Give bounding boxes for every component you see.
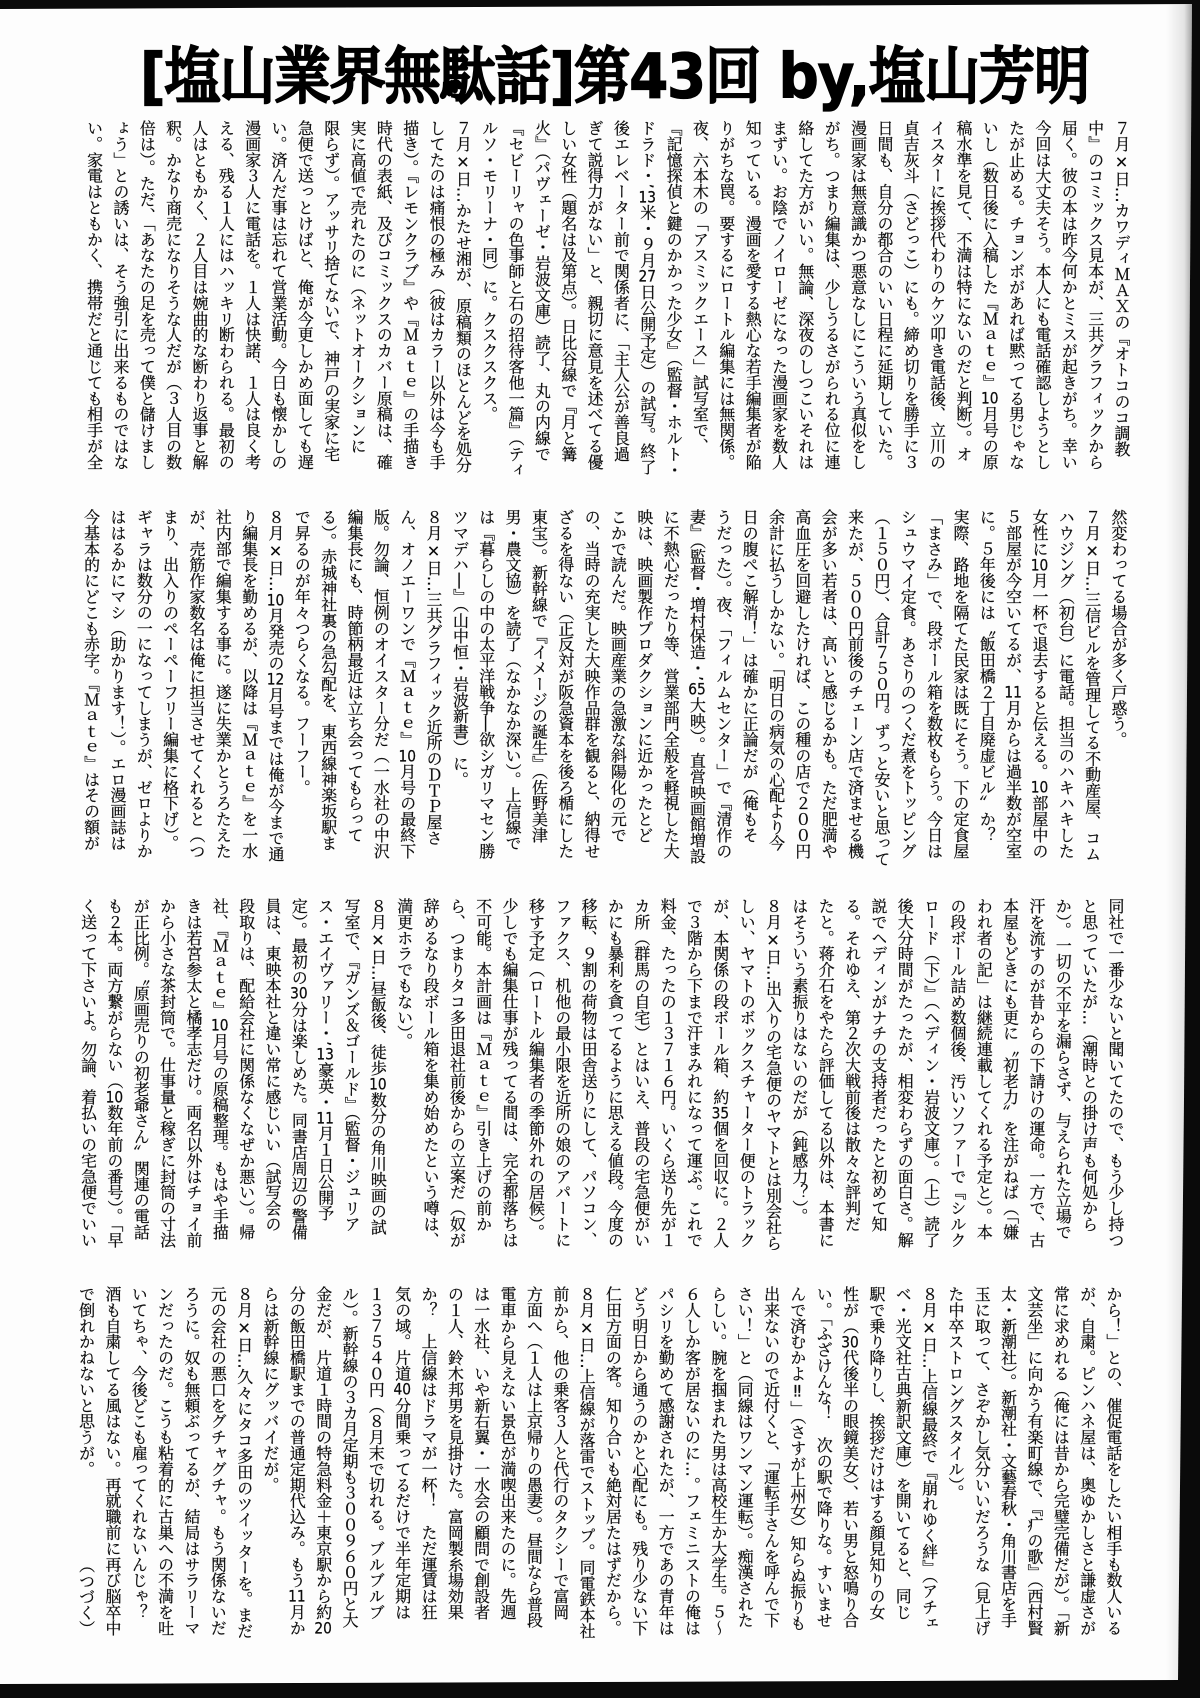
text-column: 倍は）。ただ、「あなたの足を売って僕と儲けまし [133,120,159,472]
text-column: ツマデハ―』（山中恒・岩波新書）に。 [446,509,472,861]
text-column: らは新幹線にグッバイだが。 [257,1286,283,1638]
tcy-number: 40 [393,1381,412,1397]
text-column: ８月×日…上信線が落雷でストップ。同電鉄本社 [573,1286,599,1638]
text-column: い。家電はともかく、携帯だと通じても相手が全 [80,120,106,472]
text-column: 同社で一番少ないと聞いてたので、もう少し持つ [1102,898,1128,1250]
text-column: 段取りは、配給会社に関係なくなぜか悪い）。帰 [232,898,258,1250]
text-column: しい女性（題名は及第点）。日比谷線で『月と篝 [554,120,580,472]
tcy-number: 10 [105,1089,124,1105]
text-column: 辞めるなり段ボール箱を集め始めたという噂は、 [417,898,443,1250]
text-column: ８月×日…出入りの宅急便のヤマトとは別会社ら [759,898,785,1250]
text-column: か）。一切の不平を漏らさず、与えられた立場で [1049,898,1075,1250]
tcy-number: 11 [287,1588,306,1604]
text-column: 元の会社の悪口をグチャグチャ。もう関係ないだ [204,1286,230,1638]
text-column: りがちな罠。要するにロートル編集には無関係。 [713,120,739,472]
text-column: 今基本的にどこも赤字。『Ｍａｔｅ』はその額が [77,509,103,861]
text-column: から！」との、催促電話をしたい相手も数人いる [1100,1286,1126,1638]
text-column: で昇るのが年々つらくなる。フーフー。 [288,509,314,861]
text-column: 時代の表紙、及びコミックスのカバー原稿は、確 [370,120,396,472]
text-column: 漫画家は無意識かつ悪意なしにこういう真似をし [844,120,870,472]
text-column: ８月×日…上信線最終で『崩れゆく絆』（アチェ [915,1286,941,1638]
text-column: 料金、たったの１３７１６円。いくら送り先が１ [654,898,680,1250]
text-column: 稿水準を見て、不満は特にないのだと判断）。オ [950,120,976,472]
text-column: ん、オノエーワンで『Ｍａｔｅ』10月号の最終下 [393,509,419,861]
text-column: ギャラは数分の一になってしまうが、ゼロよりか [130,509,156,861]
text-column: り編集長を勤めるが、以降は『Ｍａｔｅ』を一水 [235,509,261,861]
text-column: 漫画家３人に電話を。１人は快諾、１人は良く考 [238,120,264,472]
text-column: 人はともかく、２人目は婉曲的な断わり返事と解 [186,120,212,472]
text-column: 性が（30代後半の眼鏡美女）、若い男と怒鳴り合 [836,1286,862,1638]
magazine-page: [塩山業界無駄話]第43回 by,塩山芳明 ７月×日…カワディＭＡＸの『オトコの… [0,0,1200,1698]
text-column: ざるを得ない（正反対が阪急資本を後ろ楯にした [551,509,577,861]
text-column: 絡してた方がいい。無論、深夜のしつこいそれは [792,120,818,472]
tcy-number: 30 [289,985,308,1001]
text-column: 東宝）。新幹線で『イメージの誕生』（佐野美津 [525,509,551,861]
text-column: 高血圧を回避したければ、この種の店で２００円 [789,509,815,861]
text-column: 貞吉灰斗（さどっこ）にも。締め切りを勝手に３ [897,120,923,472]
tcy-number: 10 [266,592,285,608]
text-column: 移転、９割の荷物は田舎送りにして、パソコン、 [575,898,601,1250]
text-column: はそういう素振りはないのだが（鈍感力？）。 [786,898,812,1250]
text-column: シュウマイ定食。あさりのつくだ煮をトッピング [894,509,920,861]
text-column: パシリを勤めて感謝されたが、一方であの青年は [652,1286,678,1638]
text-column: に。５年後には〝飯田橋２丁目廃虚ビル〟か？ [973,509,999,861]
tcy-number: 30 [841,1334,860,1350]
text-column: 満更ホラでもない）。 [390,898,416,1250]
text-column: たと。蒋介石をやたら評価してる以外は、本書に [812,898,838,1250]
text-column: は『暮らしの中の太平洋戦争―欲シガリマセン勝 [472,509,498,861]
tcy-number: 12 [266,671,285,687]
text-column: 社内部で編集する事に。遂に失業かとうろたえた [209,509,235,861]
text-column: こかで読んだ。映画産業の急激な斜陽化の元で [604,509,630,861]
text-column: ６人しか客が居ないのに…。フェミニストの俺は [678,1286,704,1638]
text-tier-1: ７月×日…カワディＭＡＸの『オトコのコ調教 中』のコミックス見本が、三共グラフィ… [80,120,1134,472]
text-column: ８月×日…久々にタコ多田のツイッターを。まだ [230,1286,256,1638]
text-column: 後エレベーター前で関係者に、「主人公が善良過 [607,120,633,472]
text-tier-2: 然変わってる場合が多く戸惑う。 ７月×日…三信ビルを管理してる不動産屋、コム ハ… [77,509,1131,861]
text-column: 実際、路地を隔てた民家は既にそう。下の定食屋 [947,509,973,861]
text-column: ８月×日…昼飯後、徒歩10数分の角川映画の試 [364,898,390,1250]
text-column: 今回は大丈夫そう。本人にも電話確認しようとし [1029,120,1055,472]
text-column: 来たが、５００円前後のチェーン店で済ませる機 [841,509,867,861]
text-column: 版。勿論、恒例のオイスター分だ（一水社の中沢 [367,509,393,861]
text-column: 届く。彼の本は昨今何かとミスが起きがち。幸い [1055,120,1081,472]
text-column: 方面へ（１人は上京帰りの愚妻）。昼間なら普段 [520,1286,546,1638]
text-column: さい！」と（同線はワンマン運転）。痴漢された [731,1286,757,1638]
text-column: 日の腹ぺこ解消！」は確かに正論だが（俺もそ [736,509,762,861]
text-column: 仁田方面の客。知り合いも絶対居たはずだから。 [599,1286,625,1638]
tcy-number: 13 [316,1046,335,1062]
text-column: ハウジング（初台）に電話。担当のハキハキした [1052,509,1078,861]
text-column: 社、『Ｍａｔｅ』10月号の原稿整理。もはや手描 [206,898,232,1250]
text-column: 「まさみ」で、段ボール箱を数枚もらう。今日は [920,509,946,861]
text-column: から小さな茶封筒で。仕事量と稼ぎに封筒の寸法 [153,898,179,1250]
text-column: きは若宮参太と橘孝志だけ。両名以外はチョイ前 [180,898,206,1250]
text-column: 汗を流すのが昔からの下請けの運命。一方で、古 [1023,898,1049,1250]
text-column: 写室で、『ガンズ＆ゴールド』（監督・ジュリア [338,898,364,1250]
text-column: 金だが、片道１時間の特急料金＋東京駅から約20 [309,1286,335,1638]
scan-edge-shadow [1166,0,1192,1698]
text-column: い。「ふざけんな！ 次の駅で降りな。すいませ [810,1286,836,1638]
text-column: 不可能。本計画は『Ｍａｔｅ』引き上げの前か [469,898,495,1250]
text-column: ７月×日…カワディＭＡＸの『オトコのコ調教 [1108,120,1134,472]
tcy-number: 10 [210,1017,229,1033]
text-column: 火』（パヴェーゼ・岩波文庫）読了、丸の内線で [528,120,554,472]
text-column: が、自粛。ピンハネ屋は、奥ゆかしさと謙虚さが [1073,1286,1099,1638]
text-column: ドラド・’13米・９月27日公開予定）の試写。終了 [633,120,659,472]
tcy-number: 35 [711,1105,730,1121]
text-column: る。それゆえ、第２次大戦前後は散々な評判だ [838,898,864,1250]
text-column: 前から、他の乗客３人と代行のタクシーで富岡 [546,1286,572,1638]
text-column: 『セビーリャの色事師と石の招待客他一篇』（ティ [502,120,528,472]
text-column: 妻』（監督・増村保造・’65大映）。直営映画館増設 [683,509,709,861]
text-column: る）。赤城神社裏の急勾配を、東西線神楽坂駅ま [314,509,340,861]
text-column: 実に高値で売れたのに（ネットオークションに [344,120,370,472]
text-column: いし（数日後に入稿した『Ｍａｔｅ』10月号の原 [976,120,1002,472]
text-column: と思っていたが…（潮時との掛け声も何処から [1075,898,1101,1250]
text-column: 『記憶探偵と鍵のかかった少女』（監督・ホルト・ [660,120,686,472]
text-column: カ所（群馬の自宅）とはいえ、普段の宅急便がい [627,898,653,1250]
text-column: ははるかにマシ（助かります！）。エロ漫画誌は [104,509,130,861]
text-column: まり、出入りのペーペーフリー編集に格下げ）。 [156,509,182,861]
text-column: ル）。新幹線の３カ月定期も３００９６０円と大 [336,1286,362,1638]
text-column: らしい。腕を掴まれた男は高校生か大学生。５〜 [705,1286,731,1638]
tcy-number: 11 [1004,684,1023,700]
text-column: に不熱心だったり等、営業部門全般を軽視した大 [657,509,683,861]
text-column: 太・新潮社）。新潮社・文藝春秋・角川書店を手 [994,1286,1020,1638]
text-column: イスターに挨拶代わりのケツ叩き電話後、立川の [923,120,949,472]
text-column: まずい。お陰でノイローゼになった漫画家を数人 [765,120,791,472]
text-column: ８月×日…10月発売の12月号までは俺が今まで通 [262,509,288,861]
text-column: かにも暴利を貪ってるように思える値段。今度の [601,898,627,1250]
text-column: してたのは痛恨の極み（彼はカラー以外は今も手 [423,120,449,472]
text-column: 後大分時間がたったが、相変わらずの面白さ。解 [891,898,917,1250]
text-column: ょう」との誘いは、そう強引に出来るものではな [107,120,133,472]
text-column: 移す予定（ロートル編集者の季節外れの居候）。 [522,898,548,1250]
text-column: ５部屋が今空いてるが、11月からは過半数が空室 [999,509,1025,861]
text-column: が正比例。〝原画売りの初老爺さん〟関連の電話 [127,898,153,1250]
tcy-number: 10 [398,748,417,764]
text-column: 急便で送っとけばと、俺が今更しかめ面しても遅 [291,120,317,472]
tcy-number: 10 [980,390,999,406]
text-column: ７月×日…かたせ湘が、原稿類のほとんどを処分 [449,120,475,472]
text-column: 夜、六本木の「アスミックエース」試写室で、 [686,120,712,472]
text-column: で３階から下まで汗まみれになって運ぶ。これで [680,898,706,1250]
page-title: [塩山業界無駄話]第43回 by,塩山芳明 [140,38,1089,117]
text-column: ス・エイヴァリー・’13豪英・11月１日公開予 [311,898,337,1250]
text-column: 知っている。漫画を愛する熱心な若手編集者が陥 [739,120,765,472]
text-column: が、売筋作家数名は俺に担当させてくれると（つ [183,509,209,861]
text-column: がち。つまり編集は、少しうるさがられる位に連 [818,120,844,472]
text-column: ら、つまりタコ多田退社前後からの立案だ（奴が [443,898,469,1250]
text-column: 男・農文協）を読了（なかなか深い）。上信線で [499,509,525,861]
text-column: ぎて説得力がない」と、親切に意見を述べてる優 [581,120,607,472]
text-column: 釈。かなり商売になりそうな人だが（３人目の数 [159,120,185,472]
text-column-text: で倒れかねないと思うが。 [72,1286,98,1477]
text-column: 余計に払うしかない。「明日の病気の心配より今 [762,509,788,861]
text-column: の、当時の充実した大映作品群を観ると、納得せ [578,509,604,861]
text-column: も２本。両方繋がらない（10数年前の番号）。「早 [101,898,127,1250]
tcy-number: 27 [638,268,657,284]
text-column: 出来ないので近付くと、「運転手さんを呼んで下 [757,1286,783,1638]
text-column: 然変わってる場合が多く戸惑う。 [1105,509,1131,861]
text-column: 編集長にも、時節柄最近は立ち会ってもらって [341,509,367,861]
tcy-number: 10 [1030,779,1049,795]
text-column: 少しでも編集仕事が残ってる間は、完全都落ちは [496,898,522,1250]
tcy-number: 20 [314,1620,333,1636]
text-column: 説でヘディンがナチの支持者だったと初めて知 [865,898,891,1250]
text-column: の段ボール詰め数個後、汚いソファーで『シルク [944,898,970,1250]
text-column: 駅で乗り降りし、挨拶だけはする顔見知りの女 [863,1286,889,1638]
text-column: 描き）。『レモンクラブ』や『Ｍａｔｅ』の手描き [396,120,422,472]
text-column: １３７５４０円（８月末で切れる。ブルブルブ [362,1286,388,1638]
text-column: ルソ・モリーナ・同）に。クスクスクス。 [475,120,501,472]
text-column: 常に求めれる（俺には昔から完璧完備だが）。「新 [1047,1286,1073,1638]
text-column: うだった）。夜、「フィルムセンター」で『清作の [710,509,736,861]
text-column: われ者の記」は継続連載してくれる予定と）。本 [970,898,996,1250]
text-column: 分の飯田橋駅までの普通定期代込み。もう11月か [283,1286,309,1638]
tcy-number: 65 [688,681,707,697]
text-column: 本屋もどきにも更に〝初老力〟を注がねば（「嫌 [996,898,1022,1250]
text-column: ８月×日…三共グラフィック近所のＤＴＰ屋さ [420,509,446,861]
tcy-number: 11 [316,1110,335,1126]
text-column: （１５０円）、合計７５０円。ずっと安いと思って [868,509,894,861]
text-column: 文芸坐」に向かう有楽町線で、『疒の歌』（西村賢 [1021,1286,1047,1638]
text-column: ベ・光文社古典新訳文庫）を開いてると、同じ [889,1286,915,1638]
tcy-number: 10 [1030,557,1049,573]
text-column: える、残る１人にはハッキリ断わられる。最初の [212,120,238,472]
tcy-number: 13 [638,189,657,205]
text-column: ろうに。奴も無頼ぶってるが、結局はサラリーマ [178,1286,204,1638]
text-column: たが止める。チョンボがあれば黙ってる男じゃな [1002,120,1028,472]
text-column: は一水社、いや新右翼・一水会の顧問で創設者 [467,1286,493,1638]
text-column: 酒も自粛してる風はない。再就職前に再び脳卒中 [99,1286,125,1638]
text-column: しい、ヤマトのボックスチャーター便のトラック [733,898,759,1250]
text-column: 電車から見えない景色が満喫出来たのに。先週 [494,1286,520,1638]
text-column: 女性に10月一杯で退去すると伝える。10部屋中の [1026,509,1052,861]
text-column: が、本関係の段ボール箱、約35個を回収に。２人 [707,898,733,1250]
text-tier-4: から！」との、催促電話をしたい相手も数人いる が、自粛。ピンハネ屋は、奥ゆかしさ… [72,1286,1126,1638]
text-column: く送って下さいよ。勿論、着払いの宅急便でいい [74,898,100,1250]
text-column-final: で倒れかねないと思うが。 （つづく） [72,1286,98,1636]
text-column: どう明日から通うのかと心配にも。残り少ない下 [625,1286,651,1638]
text-column: ファクス、机他の最小限を近所の娘のアパートに [548,898,574,1250]
text-column: た中卒ストロングスタイル）。 [942,1286,968,1638]
text-column: いてちゃ、今後どこも雇ってくれないんじゃ？ [125,1286,151,1638]
text-column: 定）。最初の30分は楽しめた。同書店周辺の警備 [285,898,311,1250]
continued-label: （つづく） [72,1557,98,1637]
text-column: 限らず）。アッサリ捨てないで、神戸の実家に宅 [317,120,343,472]
text-column: ロード（下）』（ヘディン・岩波文庫）。（上）読了 [917,898,943,1250]
tcy-number: 10 [368,1076,387,1092]
text-column: 会が多い若者は、高いと感じるかも。ただ肥満や [815,509,841,861]
text-column: の１人、鈴木邦男を見掛けた。富岡製糸場効果 [441,1286,467,1638]
text-column: ンだったのだ。こうも粘着的に古巣への不満を吐 [151,1286,177,1638]
text-column: い。済んだ事は忘れて営業活動。今日も懐かしの [265,120,291,472]
text-column: んで済むかよ‼」（さすが上州女）知らぬ振りも [784,1286,810,1638]
text-column: か？ 上信線はドラマが一杯！ ただ運賃は狂 [415,1286,441,1638]
text-column: 映は、映画製作プロダクションに近かったとど [630,509,656,861]
text-column: 玉に取って、さぞかし気分いいだろうな（見上げ [968,1286,994,1638]
text-column: ７月×日…三信ビルを管理してる不動産屋、コム [1078,509,1104,861]
text-column: 日間も、自分の都合のいい日程に延期していた。 [871,120,897,472]
text-tier-3: 同社で一番少ないと聞いてたので、もう少し持つ と思っていたが…（潮時との掛け声も… [74,898,1128,1250]
text-column: 員は、東映本社と違い常に感じいい（試写会の [259,898,285,1250]
text-column: 中』のコミックス見本が、三共グラフィックから [1081,120,1107,472]
text-column: 気の域。片道40分間乗ってるだけで半年定期は [388,1286,414,1638]
